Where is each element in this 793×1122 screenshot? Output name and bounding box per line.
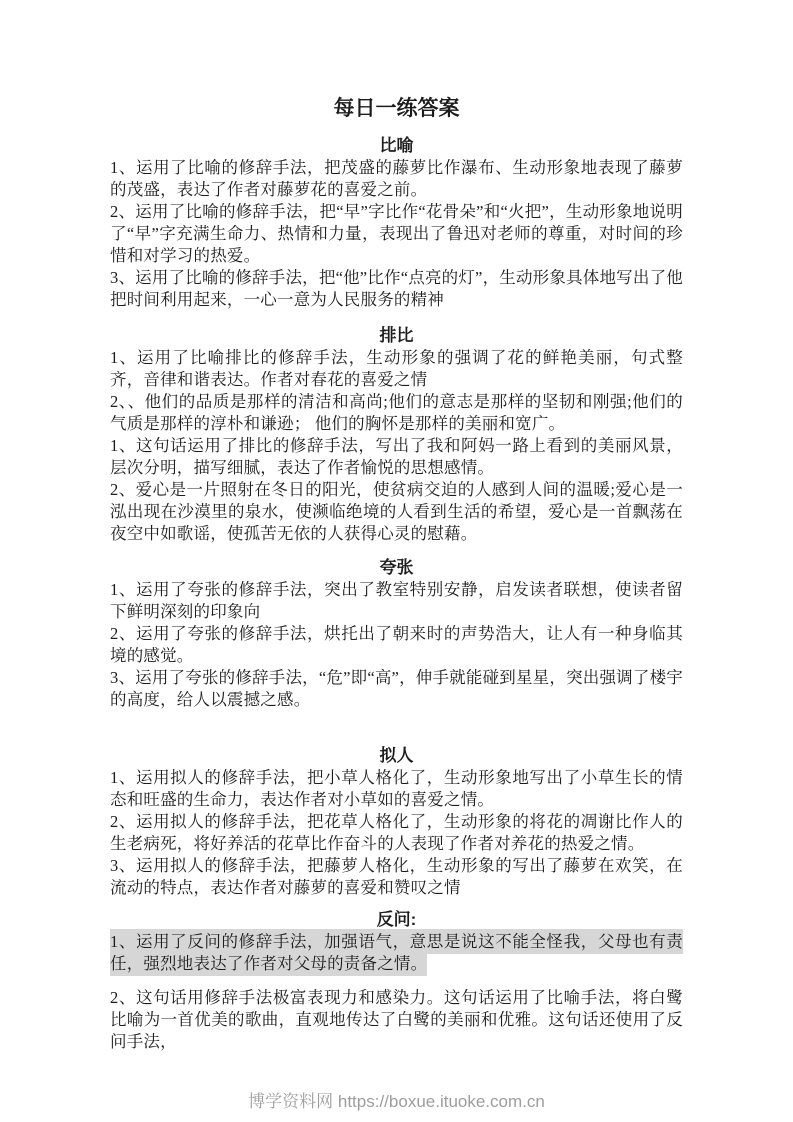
answer-paragraph: 1、运用了比喻的修辞手法，把茂盛的藤萝比作瀑布、生动形象地表现了藤萝的茂盛，表达… xyxy=(110,157,683,201)
text-highlight: 1、运用了反问的修辞手法，加强语气，意思是说这不能全怪我，父母也有责任，强烈地表… xyxy=(110,929,683,976)
answer-paragraph: 1、运用拟人的修辞手法，把小草人格化了，生动形象地写出了小草生长的情态和旺盛的生… xyxy=(110,767,683,811)
section-heading-biyu: 比喻 xyxy=(110,135,683,157)
document-page: 每日一练答案 比喻 1、运用了比喻的修辞手法，把茂盛的藤萝比作瀑布、生动形象地表… xyxy=(0,0,793,1122)
section-biyu: 比喻 1、运用了比喻的修辞手法，把茂盛的藤萝比作瀑布、生动形象地表现了藤萝的茂盛… xyxy=(110,135,683,311)
watermark-footer: 博学资料网 https://boxue.ituoke.com.cn xyxy=(110,1091,683,1113)
answer-paragraph: 3、运用了夸张的修辞手法，“危”即“高”，伸手就能碰到星星，突出强调了楼宇的高度… xyxy=(110,667,683,711)
section-heading-fanwen: 反问: xyxy=(110,909,683,931)
section-kuazhang: 夸张 1、运用了夸张的修辞手法，突出了教室特别安静，启发读者联想，使读者留下鲜明… xyxy=(110,557,683,711)
answer-paragraph: 3、运用了比喻的修辞手法，把“他”比作“点亮的灯”，生动形象具体地写出了他把时间… xyxy=(110,267,683,311)
section-fanwen: 反问: 1、运用了反问的修辞手法，加强语气，意思是说这不能全怪我，父母也有责任，… xyxy=(110,909,683,1053)
answer-paragraph: 1、运用了比喻排比的修辞手法，生动形象的强调了花的鲜艳美丽，句式整齐，音律和谐表… xyxy=(110,347,683,391)
section-paibi: 排比 1、运用了比喻排比的修辞手法，生动形象的强调了花的鲜艳美丽，句式整齐，音律… xyxy=(110,325,683,545)
answer-paragraph: 3、运用拟人的修辞手法，把藤萝人格化，生动形象的写出了藤萝在欢笑，在流动的特点，… xyxy=(110,855,683,899)
section-heading-kuazhang: 夸张 xyxy=(110,557,683,579)
answer-paragraph: 2、这句话用修辞手法极富表现力和感染力。这句话运用了比喻手法，将白鹭比喻为一首优… xyxy=(110,987,683,1053)
section-niren: 拟人 1、运用拟人的修辞手法，把小草人格化了，生动形象地写出了小草生长的情态和旺… xyxy=(110,745,683,899)
answer-paragraph: 2、运用拟人的修辞手法，把花草人格化了，生动形象的将花的凋谢比作人的生老病死，将… xyxy=(110,811,683,855)
page-title: 每日一练答案 xyxy=(110,95,683,123)
answer-paragraph: 2、、他们的品质是那样的清洁和高尚;他们的意志是那样的坚韧和刚强;他们的气质是那… xyxy=(110,391,683,435)
section-heading-paibi: 排比 xyxy=(110,325,683,347)
section-heading-niren: 拟人 xyxy=(110,745,683,767)
answer-paragraph: 1、这句话运用了排比的修辞手法，写出了我和阿妈一路上看到的美丽风景，层次分明，描… xyxy=(110,435,683,479)
answer-paragraph: 2、爱心是一片照射在冬日的阳光，使贫病交迫的人感到人间的温暖;爱心是一泓出现在沙… xyxy=(110,479,683,545)
answer-paragraph: 1、运用了夸张的修辞手法，突出了教室特别安静，启发读者联想，使读者留下鲜明深刻的… xyxy=(110,579,683,623)
answer-paragraph: 2、运用了夸张的修辞手法，烘托出了朝来时的声势浩大，让人有一种身临其境的感觉。 xyxy=(110,623,683,667)
answer-paragraph: 2、运用了比喻的修辞手法，把“早”字比作“花骨朵”和“火把”，生动形象地说明了“… xyxy=(110,201,683,267)
highlighted-answer-paragraph: 1、运用了反问的修辞手法，加强语气，意思是说这不能全怪我，父母也有责任，强烈地表… xyxy=(110,931,683,975)
